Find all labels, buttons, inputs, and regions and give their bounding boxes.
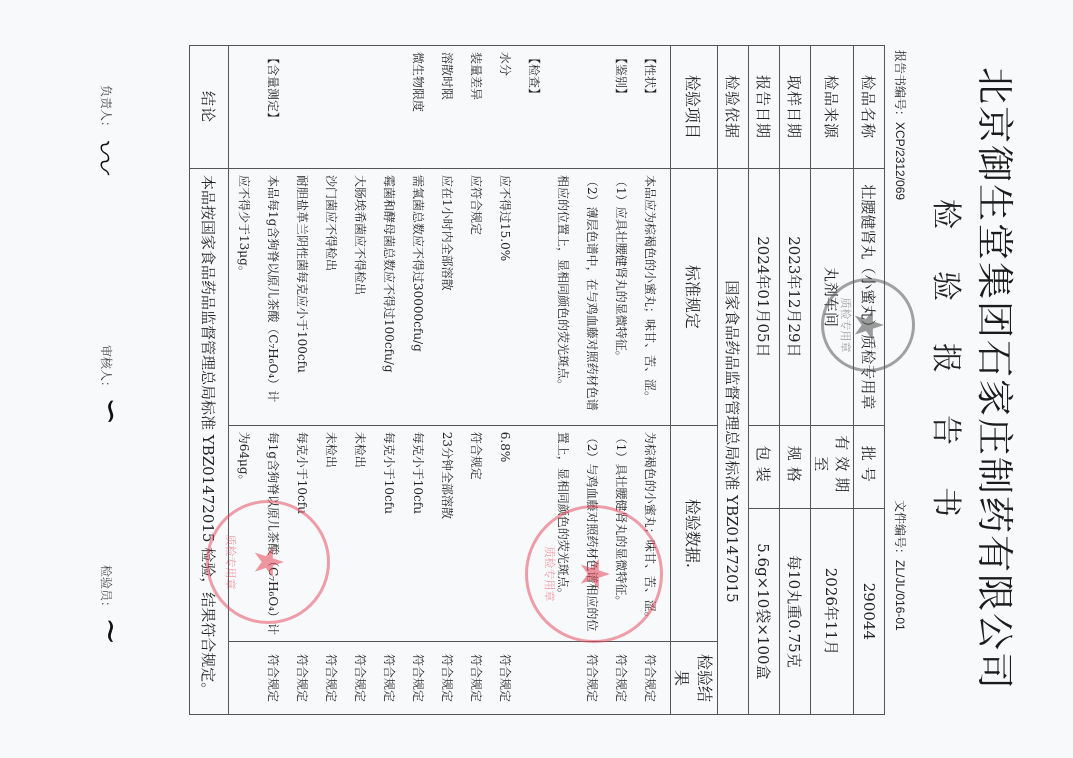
test-item-label <box>374 52 403 162</box>
source-label: 检品来源 <box>811 46 854 169</box>
test-item-label: 【含量测定】 <box>258 52 287 162</box>
inspector-signature: 检验员： ~ <box>98 565 115 613</box>
test-item-label <box>229 52 258 162</box>
test-item-label: 【鉴别】 <box>606 52 635 162</box>
data-line: 每克小于10cfu <box>374 432 403 635</box>
basis-value: 国家食品药品监督管理总局标准 YBZ01472015 <box>718 169 749 715</box>
test-item-label: 水分 <box>490 52 519 162</box>
star-icon: ★ <box>571 556 617 592</box>
standard-line: 应不得过15.0% <box>490 175 519 419</box>
standard-line: （2）薄层色谱中，在与鸡血藤对照药材色谱 <box>577 175 606 419</box>
inspection-report-page: 北京御生堂集团石家庄制药有限公司 检验报告书 报告书编号：XCP/2312/06… <box>0 0 1073 758</box>
result-line: 符合规定 <box>635 648 664 708</box>
standard-line <box>519 175 548 419</box>
standard-line: 大肠埃希菌应不得检出 <box>345 175 374 419</box>
product-name-label: 检品名称 <box>854 46 885 169</box>
standard-line: 耐胆盐革兰阴性菌每克应小于100cfu <box>287 175 316 419</box>
manager-signature-scribble: 〰︎ <box>82 137 131 171</box>
result-line: 符合规定 <box>432 648 461 708</box>
standard-line: 本品每1g含狗脊以原儿茶酸（C₇H₆O₄）计 <box>258 175 287 419</box>
expiry-label: 有效期至 <box>811 425 854 508</box>
spec-value: 每10丸重0.75克 <box>780 508 811 714</box>
company-stamp-red: ★ 质检专用章 <box>525 505 663 643</box>
info-row-basis: 检验依据 国家食品药品监督管理总局标准 YBZ01472015 <box>718 46 749 715</box>
basis-label: 检验依据 <box>718 46 749 169</box>
result-line: 符合规定 <box>490 648 519 708</box>
standard-line: 需氧菌总数应不得过30000cfu/g <box>403 175 432 419</box>
standard-line: 应不得少于13μg。 <box>229 175 258 419</box>
result-line: 符合规定 <box>316 648 345 708</box>
qc-stamp-gray: ★ 质检专用章 <box>821 278 915 372</box>
test-item-label: 【性状】 <box>635 52 664 162</box>
info-row-source: 检品来源 丸剂车间 有效期至 2026年11月 <box>811 46 854 715</box>
info-row-product: 检品名称 壮腰健肾丸（小蜜丸）质检专用章 批号 290044 <box>854 46 885 715</box>
column-header-data: 检验数据. <box>671 425 718 641</box>
test-item-label: 溶散时限 <box>432 52 461 162</box>
result-line: 符合规定 <box>258 648 287 708</box>
test-item-label <box>316 52 345 162</box>
inspector-signature-scribble: ~ <box>91 617 131 646</box>
items-column: 【性状】【鉴别】 【检查】水分装量差异溶散时限微生物限度 【含量测定】 <box>229 46 671 169</box>
standard-line: 应符合规定 <box>461 175 490 419</box>
test-item-label <box>345 52 374 162</box>
data-line: 23分钟全部溶散 <box>432 432 461 635</box>
batch-value: 290044 <box>854 508 885 714</box>
standard-line: （1）应具壮腰健肾丸的显微特征。 <box>606 175 635 419</box>
signature-area: 负责人： 〰︎ 审核人： ∽ 检验员： ~ <box>75 45 135 715</box>
data-line: 每克小于10cfu <box>403 432 432 635</box>
column-header-item: 检验项目 <box>671 46 718 169</box>
column-header-row: 检验项目 标准规定 检验数据. 检验结果 <box>671 46 718 715</box>
column-header-standard: 标准规定 <box>671 169 718 426</box>
sampling-date-value: 2023年12月29日 <box>780 169 811 426</box>
data-line: 6.8% <box>490 432 519 635</box>
data-line: 符合规定 <box>461 432 490 635</box>
report-date-label: 报告日期 <box>749 46 780 169</box>
result-line: 符合规定 <box>374 648 403 708</box>
test-item-label: 微生物限度 <box>403 52 432 162</box>
batch-label: 批号 <box>854 425 885 508</box>
document-type-title: 检验报告书 <box>927 0 971 758</box>
manager-signature: 负责人： 〰︎ <box>98 85 115 133</box>
test-item-label <box>577 52 606 162</box>
column-header-result: 检验结果 <box>671 642 718 715</box>
standard-column: 本品应为棕褐色的小蜜丸；味甘、苦、涩。（1）应具壮腰健肾丸的显微特征。（2）薄层… <box>229 169 671 426</box>
sampling-date-label: 取样日期 <box>780 46 811 169</box>
package-value: 5.6g×10袋×100盒 <box>749 508 780 714</box>
reviewer-signature-scribble: ∽ <box>91 397 131 426</box>
result-column: 符合规定符合规定符合规定 符合规定符合规定符合规定符合规定符合规定符合规定符合规… <box>229 642 671 715</box>
info-row-sampling: 取样日期 2023年12月29日 规格 每10丸重0.75克 <box>780 46 811 715</box>
result-line: 符合规定 <box>287 648 316 708</box>
result-line <box>519 648 548 708</box>
spec-label: 规格 <box>780 425 811 508</box>
company-title: 北京御生堂集团石家庄制药有限公司 <box>971 0 1025 758</box>
standard-line: 本品应为棕褐色的小蜜丸；味甘、苦、涩。 <box>635 175 664 419</box>
result-line <box>229 648 258 708</box>
conclusion-label: 结论 <box>190 46 229 169</box>
info-row-report-date: 报告日期 2024年01月05日 包装 5.6g×10袋×100盒 <box>749 46 780 715</box>
report-number: 报告书编号：XCP/2312/069 <box>892 50 909 200</box>
standard-line: 霉菌和酵母菌总数应不得过100cfu/g <box>374 175 403 419</box>
result-line: 符合规定 <box>345 648 374 708</box>
report-date-value: 2024年01月05日 <box>749 169 780 426</box>
package-label: 包装 <box>749 425 780 508</box>
standard-line: 应在1小时内全部溶散 <box>432 175 461 419</box>
star-icon: ★ <box>245 544 291 580</box>
standard-line: 沙门菌应不得检出 <box>316 175 345 419</box>
test-item-label <box>287 52 316 162</box>
result-line: 符合规定 <box>461 648 490 708</box>
data-line: 未检出 <box>345 432 374 635</box>
result-line: 符合规定 <box>606 648 635 708</box>
result-line <box>548 648 577 708</box>
expiry-value: 2026年11月 <box>811 508 854 714</box>
result-line: 符合规定 <box>403 648 432 708</box>
test-item-label <box>548 52 577 162</box>
conclusion-text: 本品按国家食品药品监督管理总局标准 YBZ01472015 检验，结果符合规定。 <box>190 169 229 715</box>
reviewer-signature: 审核人： ∽ <box>98 345 115 393</box>
file-number: 文件编号：ZL/JL/016-01 <box>892 500 909 631</box>
test-item-label: 装量差异 <box>461 52 490 162</box>
test-item-label: 【检查】 <box>519 52 548 162</box>
standard-line: 相应的位置上，显相同颜色的荧光斑点。 <box>548 175 577 419</box>
company-stamp-red-bottom: ★ 质检专用章 <box>206 500 330 624</box>
result-line: 符合规定 <box>577 648 606 708</box>
